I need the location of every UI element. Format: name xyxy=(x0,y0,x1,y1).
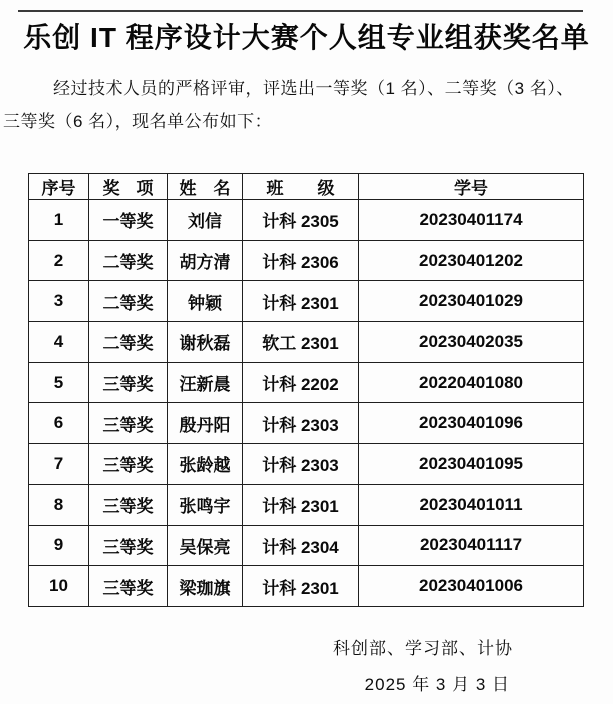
table-row: 7 三等奖 张龄越 计科 2303 20230401095 xyxy=(29,444,584,485)
cell-class: 计科 2306 xyxy=(243,240,359,281)
cell-student-id: 20230401117 xyxy=(359,525,584,566)
header-student-id: 学号 xyxy=(359,174,584,200)
cell-seq: 1 xyxy=(29,200,89,241)
table-row: 6 三等奖 殷丹阳 计科 2303 20230401096 xyxy=(29,403,584,444)
cell-name: 汪新晨 xyxy=(168,362,243,403)
table-row: 5 三等奖 汪新晨 计科 2202 20220401080 xyxy=(29,362,584,403)
cell-name: 张龄越 xyxy=(168,444,243,485)
cell-class: 计科 2304 xyxy=(243,525,359,566)
header-name: 姓 名 xyxy=(168,174,243,200)
cell-student-id: 20230401096 xyxy=(359,403,584,444)
document-page: 乐创 IT 程序设计大赛个人组专业组获奖名单 经过技术人员的严格评审，评选出一等… xyxy=(0,0,613,704)
cell-name: 吴保亮 xyxy=(168,525,243,566)
header-award: 奖 项 xyxy=(89,174,168,200)
cell-name: 刘信 xyxy=(168,200,243,241)
table-row: 1 一等奖 刘信 计科 2305 20230401174 xyxy=(29,200,584,241)
cell-award: 三等奖 xyxy=(89,403,168,444)
cell-award: 三等奖 xyxy=(89,525,168,566)
cell-class: 计科 2301 xyxy=(243,484,359,525)
cell-class: 计科 2202 xyxy=(243,362,359,403)
cell-seq: 4 xyxy=(29,322,89,363)
cell-name: 梁珈旗 xyxy=(168,566,243,607)
cell-seq: 2 xyxy=(29,240,89,281)
award-table: 序号 奖 项 姓 名 班 级 学号 1 一等奖 刘信 计科 2305 20230… xyxy=(28,173,584,607)
table-row: 9 三等奖 吴保亮 计科 2304 20230401117 xyxy=(29,525,584,566)
table-header-row: 序号 奖 项 姓 名 班 级 学号 xyxy=(29,174,584,200)
signature-orgs: 科创部、学习部、计协 xyxy=(0,634,513,659)
intro-line-2: 三等奖（6 名），现名单公布如下： xyxy=(3,107,272,132)
cell-seq: 6 xyxy=(29,403,89,444)
cell-class: 计科 2305 xyxy=(243,200,359,241)
table-row: 2 二等奖 胡方清 计科 2306 20230401202 xyxy=(29,240,584,281)
cell-student-id: 20230401174 xyxy=(359,200,584,241)
cell-award: 三等奖 xyxy=(89,362,168,403)
header-class: 班 级 xyxy=(243,174,359,200)
cell-award: 二等奖 xyxy=(89,240,168,281)
top-divider xyxy=(18,10,583,12)
cell-award: 二等奖 xyxy=(89,281,168,322)
cell-award: 二等奖 xyxy=(89,322,168,363)
cell-student-id: 20230401202 xyxy=(359,240,584,281)
cell-name: 钟颖 xyxy=(168,281,243,322)
table-row: 10 三等奖 梁珈旗 计科 2301 20230401006 xyxy=(29,566,584,607)
table-row: 3 二等奖 钟颖 计科 2301 20230401029 xyxy=(29,281,584,322)
cell-class: 软工 2301 xyxy=(243,322,359,363)
cell-seq: 7 xyxy=(29,444,89,485)
cell-student-id: 20230401029 xyxy=(359,281,584,322)
cell-student-id: 20230401006 xyxy=(359,566,584,607)
cell-seq: 5 xyxy=(29,362,89,403)
cell-class: 计科 2301 xyxy=(243,566,359,607)
cell-class: 计科 2301 xyxy=(243,281,359,322)
cell-student-id: 20230402035 xyxy=(359,322,584,363)
cell-seq: 10 xyxy=(29,566,89,607)
cell-name: 胡方清 xyxy=(168,240,243,281)
cell-award: 三等奖 xyxy=(89,566,168,607)
cell-award: 三等奖 xyxy=(89,444,168,485)
cell-award: 三等奖 xyxy=(89,484,168,525)
cell-seq: 3 xyxy=(29,281,89,322)
signature-date: 2025 年 3 月 3 日 xyxy=(0,670,510,695)
cell-class: 计科 2303 xyxy=(243,403,359,444)
cell-name: 张鸣宇 xyxy=(168,484,243,525)
cell-seq: 8 xyxy=(29,484,89,525)
cell-name: 殷丹阳 xyxy=(168,403,243,444)
cell-student-id: 20220401080 xyxy=(359,362,584,403)
cell-seq: 9 xyxy=(29,525,89,566)
page-title: 乐创 IT 程序设计大赛个人组专业组获奖名单 xyxy=(0,16,613,56)
cell-student-id: 20230401095 xyxy=(359,444,584,485)
table-row: 4 二等奖 谢秋磊 软工 2301 20230402035 xyxy=(29,322,584,363)
table-row: 8 三等奖 张鸣宇 计科 2301 20230401011 xyxy=(29,484,584,525)
cell-name: 谢秋磊 xyxy=(168,322,243,363)
cell-student-id: 20230401011 xyxy=(359,484,584,525)
intro-line-1: 经过技术人员的严格评审，评选出一等奖（1 名）、二等奖（3 名）、 xyxy=(53,74,574,99)
cell-class: 计科 2303 xyxy=(243,444,359,485)
header-seq: 序号 xyxy=(29,174,89,200)
cell-award: 一等奖 xyxy=(89,200,168,241)
